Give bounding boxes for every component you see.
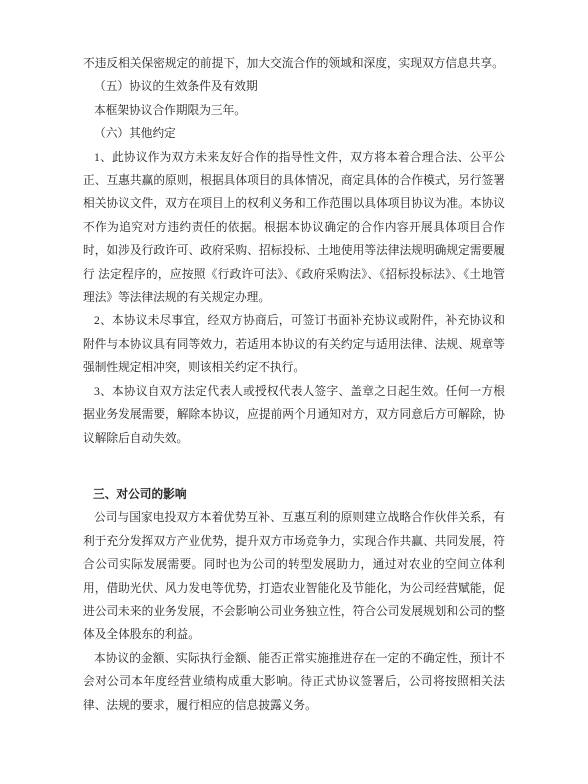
subheading-other-stipulations: （六）其他约定 (83, 122, 505, 145)
paragraph-impact-uncertainty: 本协议的金额、实际执行金额、能否正常实施推进存在一定的不确定性，预计不会对公司本… (83, 647, 505, 717)
paragraph-clause-3: 3、本协议自双方法定代表人或授权代表人签字、盖章之日起生效。任何一方根据业务发展… (83, 380, 505, 450)
paragraph-impact-cooperation: 公司与国家电投双方本着优势互补、互惠互利的原则建立战略合作伙伴关系，有利于充分发… (83, 506, 505, 646)
paragraph-clause-1: 1、此协议作为双方未来友好合作的指导性文件，双方将本着合理合法、公平公正、互惠共… (83, 146, 505, 310)
paragraph-clause-2: 2、本协议未尽事宜，经双方协商后，可签订书面补充协议或附件，补充协议和附件与本协… (83, 309, 505, 379)
document-page: 不违反相关保密规定的前提下，加大交流合作的领域和深度，实现双方信息共享。 （五）… (0, 0, 588, 784)
paragraph-term-three-years: 本框架协议合作期限为三年。 (83, 99, 505, 122)
subheading-effective-conditions: （五）协议的生效条件及有效期 (83, 75, 505, 98)
paragraph-confidentiality-continuation: 不违反相关保密规定的前提下，加大交流合作的领域和深度，实现双方信息共享。 (83, 52, 505, 75)
section-heading-company-impact: 三、对公司的影响 (83, 483, 505, 506)
